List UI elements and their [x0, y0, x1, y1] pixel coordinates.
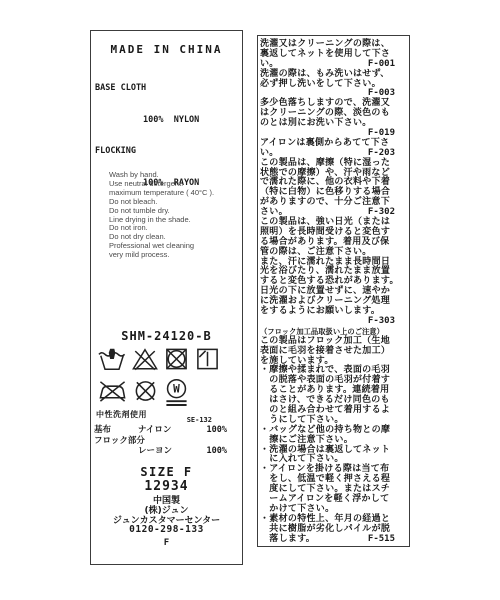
- composition-jp-row: 基布 ナイロン 100%: [94, 425, 227, 436]
- care-tag-front: MADE IN CHINA BASE CLOTH 100% NYLON FLOC…: [90, 30, 243, 565]
- neutral-detergent-note: 中性洗剤使用: [96, 409, 147, 420]
- care-symbols-row-1: [98, 346, 220, 372]
- part-label: [94, 446, 138, 457]
- care-note-line: 落します。 F-515: [260, 535, 407, 545]
- origin-label: MADE IN CHINA: [91, 43, 242, 56]
- composition-en-label: BASE CLOTH: [95, 83, 199, 94]
- composition-en-label: FLOCKING: [95, 146, 199, 157]
- part-label: フロック部分: [94, 436, 145, 447]
- care-instructions-en: Wash by hand.Use neutral detergent.maxim…: [109, 171, 214, 260]
- do-not-tumble-dry-icon: [164, 346, 189, 372]
- fiber-label: ナイロン: [138, 425, 207, 436]
- part-label: 基布: [94, 425, 138, 436]
- wet-clean-very-mild-icon: W: [164, 378, 189, 408]
- do-not-iron-icon: [98, 378, 127, 404]
- percent-value: 100%: [207, 425, 227, 436]
- composition-jp-row: フロック部分: [94, 436, 227, 447]
- percent-value: 100%: [207, 446, 227, 457]
- care-note-code: F-303: [368, 317, 407, 327]
- product-code: SHM-24120-B: [91, 329, 242, 343]
- do-not-bleach-icon: [132, 346, 158, 372]
- composition-jp-row: レーヨン 100%: [94, 446, 227, 457]
- fiber-label: レーヨン: [138, 446, 207, 457]
- care-instruction-line: very mild process.: [109, 251, 214, 260]
- customer-phone: 0120-298-133: [91, 524, 242, 535]
- care-symbols-row-2: W: [98, 378, 189, 408]
- care-note-text: 落します。: [260, 535, 315, 545]
- care-tag-back: 洗濯又はクリーニングの際は、 裏返してネットを使用して下さ い。 F-001 洗…: [257, 35, 410, 547]
- care-note-line: F-303: [260, 317, 407, 327]
- composition-en-value: 100% NYLON: [143, 115, 199, 126]
- care-label-sheet: { "colors": { "ink": "#1a1a1a", "border"…: [0, 0, 500, 600]
- item-number: 12934: [91, 479, 242, 494]
- composition-jp: 基布 ナイロン 100% フロック部分 レーヨン 100%: [94, 425, 227, 457]
- hand-wash-icon: [98, 346, 126, 372]
- care-note-code: F-515: [368, 535, 407, 545]
- line-dry-in-shade-icon: [195, 346, 220, 372]
- do-not-dry-clean-icon: [133, 378, 158, 404]
- wet-clean-letter: W: [173, 383, 180, 396]
- care-note-text: 必ず押し洗いをして下さい。: [260, 80, 381, 90]
- care-note-text: をするようにお願いします。: [260, 307, 380, 317]
- se-code: SE-132: [187, 416, 212, 424]
- size-code-bottom: F: [91, 538, 242, 548]
- care-note-text: のとは別にお洗い下さい。: [260, 119, 372, 129]
- size-label: SIZE F: [91, 465, 242, 479]
- care-notes-jp: 洗濯又はクリーニングの際は、 裏返してネットを使用して下さ い。 F-001 洗…: [260, 40, 407, 544]
